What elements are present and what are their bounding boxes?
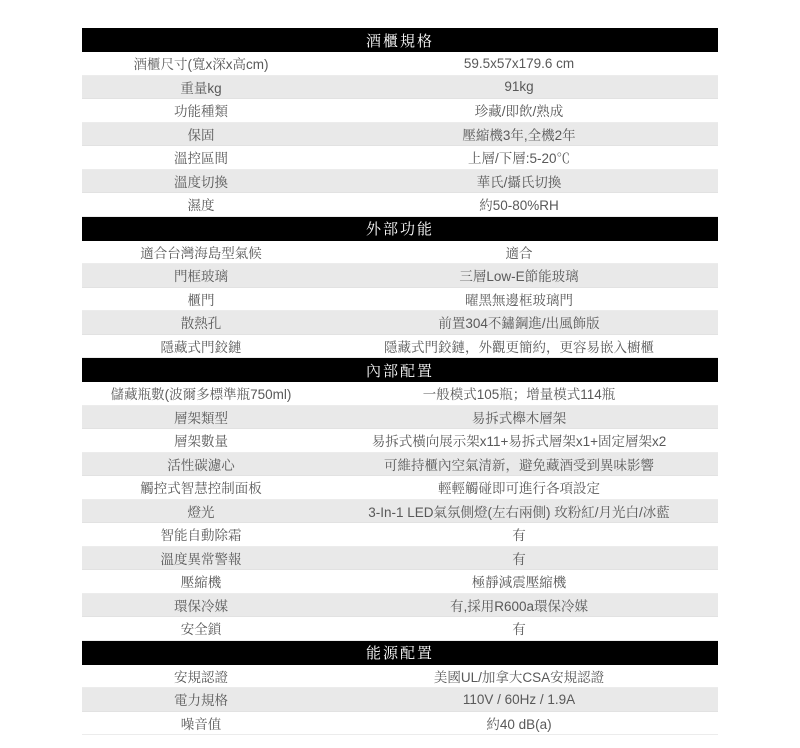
spec-row: 活性碳濾心可維持櫃內空氣清新，避免藏酒受到異味影響	[82, 453, 718, 477]
spec-row: 保固壓縮機3年,全機2年	[82, 123, 718, 147]
spec-label: 重量kg	[82, 76, 320, 99]
spec-value: 59.5x57x179.6 cm	[320, 52, 718, 75]
spec-row: 溫度異常警報有	[82, 547, 718, 571]
spec-value: 有	[320, 547, 718, 570]
spec-value: 適合	[320, 241, 718, 264]
spec-value: 3-In-1 LED氣氛側燈(左右兩側) 玫粉紅/月光白/冰藍	[320, 500, 718, 523]
spec-value: 有	[320, 523, 718, 546]
spec-row: 儲藏瓶數(波爾多標準瓶750ml)一般模式105瓶；增量模式114瓶	[82, 382, 718, 406]
spec-label: 層架數量	[82, 429, 320, 452]
spec-value: 易拆式橫向展示架x11+易拆式層架x1+固定層架x2	[320, 429, 718, 452]
spec-value: 華氏/攝氏切換	[320, 170, 718, 193]
spec-label: 酒櫃尺寸(寬x深x高cm)	[82, 52, 320, 75]
spec-label: 安全鎖	[82, 617, 320, 640]
spec-label: 濕度	[82, 193, 320, 216]
spec-label: 隱藏式門鉸鏈	[82, 335, 320, 358]
spec-label: 環保冷媒	[82, 594, 320, 617]
section-header: 外部功能	[82, 217, 718, 241]
spec-row: 溫度切換華氏/攝氏切換	[82, 170, 718, 194]
spec-row: 重量kg91kg	[82, 76, 718, 100]
spec-row: 散熱孔前置304不鏽鋼進/出風飾版	[82, 311, 718, 335]
spec-label: 溫度異常警報	[82, 547, 320, 570]
spec-label: 安規認證	[82, 665, 320, 688]
spec-row: 安規認證美國UL/加拿大CSA安規認證	[82, 665, 718, 689]
spec-value: 有	[320, 617, 718, 640]
spec-label: 門框玻璃	[82, 264, 320, 287]
spec-value: 隱藏式門鉸鏈，外觀更簡約，更容易嵌入櫥櫃	[320, 335, 718, 358]
spec-row: 壓縮機極靜減震壓縮機	[82, 570, 718, 594]
spec-row: 噪音值約40 dB(a)	[82, 712, 718, 736]
spec-label: 保固	[82, 123, 320, 146]
spec-label: 壓縮機	[82, 570, 320, 593]
spec-row: 安全鎖有	[82, 617, 718, 641]
spec-label: 溫度切換	[82, 170, 320, 193]
spec-row: 濕度約50-80%RH	[82, 193, 718, 217]
spec-value: 曜黑無邊框玻璃門	[320, 288, 718, 311]
spec-label: 櫃門	[82, 288, 320, 311]
spec-row: 隱藏式門鉸鏈隱藏式門鉸鏈，外觀更簡約，更容易嵌入櫥櫃	[82, 335, 718, 359]
spec-value: 有,採用R600a環保冷媒	[320, 594, 718, 617]
spec-value: 前置304不鏽鋼進/出風飾版	[320, 311, 718, 334]
spec-label: 活性碳濾心	[82, 453, 320, 476]
spec-value: 三層Low-E節能玻璃	[320, 264, 718, 287]
spec-row: 電力規格110V / 60Hz / 1.9A	[82, 688, 718, 712]
spec-row: 門框玻璃三層Low-E節能玻璃	[82, 264, 718, 288]
spec-value: 約50-80%RH	[320, 193, 718, 216]
spec-row: 層架數量易拆式橫向展示架x11+易拆式層架x1+固定層架x2	[82, 429, 718, 453]
spec-row: 智能自動除霜有	[82, 523, 718, 547]
spec-label: 智能自動除霜	[82, 523, 320, 546]
spec-label: 功能種類	[82, 99, 320, 122]
spec-row: 功能種類珍藏/即飲/熟成	[82, 99, 718, 123]
spec-label: 層架類型	[82, 406, 320, 429]
spec-label: 觸控式智慧控制面板	[82, 476, 320, 499]
spec-row: 層架類型易拆式櫸木層架	[82, 406, 718, 430]
spec-value: 美國UL/加拿大CSA安規認證	[320, 665, 718, 688]
spec-label: 電力規格	[82, 688, 320, 711]
spec-value: 極靜減震壓縮機	[320, 570, 718, 593]
spec-row: 燈光3-In-1 LED氣氛側燈(左右兩側) 玫粉紅/月光白/冰藍	[82, 500, 718, 524]
spec-value: 上層/下層:5-20℃	[320, 146, 718, 169]
spec-label: 溫控區間	[82, 146, 320, 169]
spec-label: 燈光	[82, 500, 320, 523]
spec-label: 適合台灣海島型氣候	[82, 241, 320, 264]
spec-row: 櫃門曜黑無邊框玻璃門	[82, 288, 718, 312]
spec-row: 酒櫃尺寸(寬x深x高cm)59.5x57x179.6 cm	[82, 52, 718, 76]
spec-value: 可維持櫃內空氣清新，避免藏酒受到異味影響	[320, 453, 718, 476]
spec-label: 儲藏瓶數(波爾多標準瓶750ml)	[82, 382, 320, 405]
spec-value: 110V / 60Hz / 1.9A	[320, 688, 718, 711]
spec-value: 珍藏/即飲/熟成	[320, 99, 718, 122]
spec-row: 環保冷媒有,採用R600a環保冷媒	[82, 594, 718, 618]
spec-value: 約40 dB(a)	[320, 712, 718, 735]
spec-label: 噪音值	[82, 712, 320, 735]
spec-row: 適合台灣海島型氣候適合	[82, 241, 718, 265]
spec-row: 溫控區間上層/下層:5-20℃	[82, 146, 718, 170]
spec-label: 散熱孔	[82, 311, 320, 334]
spec-value: 91kg	[320, 76, 718, 99]
section-header: 內部配置	[82, 358, 718, 382]
spec-value: 輕輕觸碰即可進行各項設定	[320, 476, 718, 499]
spec-table: 酒櫃規格酒櫃尺寸(寬x深x高cm)59.5x57x179.6 cm重量kg91k…	[82, 28, 718, 735]
section-header: 酒櫃規格	[82, 28, 718, 52]
spec-value: 一般模式105瓶；增量模式114瓶	[320, 382, 718, 405]
section-header: 能源配置	[82, 641, 718, 665]
spec-row: 觸控式智慧控制面板輕輕觸碰即可進行各項設定	[82, 476, 718, 500]
spec-value: 壓縮機3年,全機2年	[320, 123, 718, 146]
spec-value: 易拆式櫸木層架	[320, 406, 718, 429]
